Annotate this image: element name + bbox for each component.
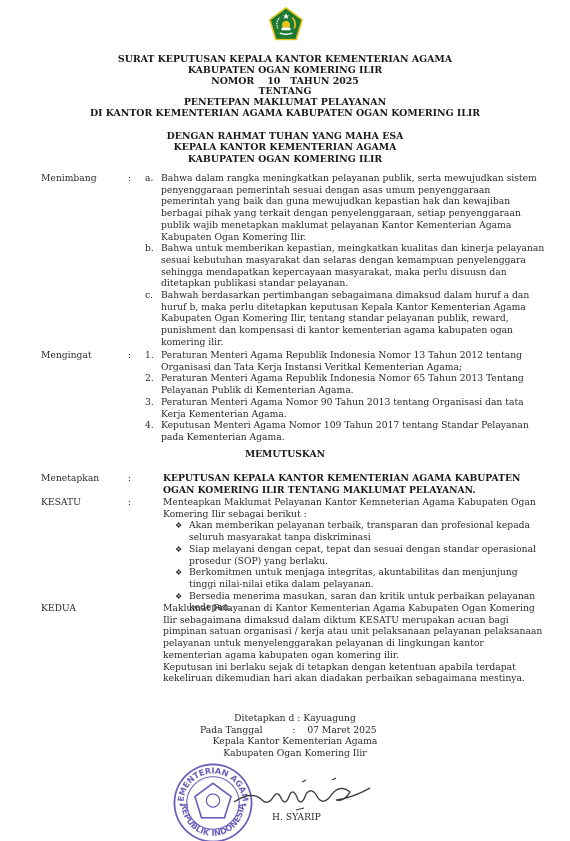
item-text: Peraturan Menteri Agama Nomor 90 Tahun 2… [161, 397, 524, 420]
memutuskan-heading: MEMUTUSKAN [0, 449, 570, 460]
item-text: Bahwa dalam rangka meningkatkan pelayana… [161, 173, 537, 243]
maklumat-bullet: ❖Akan memberikan pelayanan terbaik, tran… [175, 520, 543, 543]
mengingat-label: Mengingat [41, 350, 92, 362]
maklumat-bullet: ❖Berkomitmen untuk menjaga integritas, a… [175, 567, 543, 590]
date-of-issue: Pada Tanggal : 07 Maret 2025 [195, 725, 395, 737]
mengingat-item: 3.Peraturan Menteri Agama Nomor 90 Tahun… [145, 397, 545, 420]
kedua-label: KEDUA [41, 603, 76, 615]
item-text: Keputusan Menteri Agama Nomor 109 Tahun … [161, 420, 529, 443]
item-marker: 1. [145, 350, 154, 362]
diamond-bullet-icon: ❖ [175, 567, 182, 579]
item-marker: 2. [145, 373, 154, 385]
kedua-paragraph-1: Maklumat Pelayanan di Kantor Kementerian… [163, 603, 543, 662]
menimbang-item: a.Bahwa dalam rangka meningkatkan pelaya… [145, 173, 545, 243]
mengingat-item: 1.Peraturan Menteri Agama Republik Indon… [145, 350, 545, 373]
kedua-paragraph-2: Keputusan ini berlaku sejak di tetapkan … [163, 662, 543, 685]
mengingat-item: 4.Keputusan Menteri Agama Nomor 109 Tahu… [145, 420, 545, 443]
decree-title: SURAT KEPUTUSAN KEPALA KANTOR KEMENTERIA… [0, 55, 570, 120]
title-subject-2: DI KANTOR KEMENTERIAN AGAMA KABUPATEN OG… [0, 109, 570, 120]
date-value: 07 Maret 2025 [307, 725, 376, 736]
kedua-body: Maklumat Pelayanan di Kantor Kementerian… [163, 603, 543, 685]
signature-block: Ditetapkan d : Kayuagung Pada Tanggal : … [195, 713, 395, 759]
bullet-text: Akan memberikan pelayanan terbaik, trans… [189, 520, 530, 543]
maklumat-bullet: ❖Siap melayani dengan cepat, tepat dan s… [175, 544, 543, 567]
item-marker: b. [145, 243, 154, 255]
diamond-bullet-icon: ❖ [175, 591, 182, 603]
item-marker: a. [145, 173, 153, 185]
kesatu-colon: : [128, 497, 131, 509]
menimbang-label: Menimbang [41, 173, 97, 185]
item-marker: c. [145, 290, 153, 302]
preamble-line-1: DENGAN RAHMAT TUHAN YANG MAHA ESA [0, 131, 570, 142]
date-label: Pada Tanggal [200, 725, 263, 736]
svg-text:★: ★ [179, 801, 184, 808]
item-text: Peraturan Menteri Agama Republik Indones… [161, 373, 524, 396]
diamond-bullet-icon: ❖ [175, 544, 182, 556]
preamble-line-3: KABUPATEN OGAN KOMERING ILIR [0, 154, 570, 165]
menetapkan-label: Menetapkan [41, 473, 99, 485]
item-text: Peraturan Menteri Agama Republik Indones… [161, 350, 522, 373]
menimbang-list: a.Bahwa dalam rangka meningkatkan pelaya… [145, 173, 545, 349]
kementerian-agama-logo-icon [268, 6, 304, 42]
signer-name: H. SYARIP [272, 812, 321, 823]
title-line-2: KABUPATEN OGAN KOMERING ILIR [0, 66, 570, 77]
menetapkan-colon: : [128, 473, 131, 485]
preamble-line-2: KEPALA KANTOR KEMENTERIAN AGAMA [0, 142, 570, 153]
bullet-text: Siap melayani dengan cepat, tepat dan se… [189, 544, 536, 567]
item-text: Bahwah berdasarkan pertimbangan sebagaim… [161, 290, 529, 348]
handwritten-signature-icon [232, 776, 382, 816]
item-marker: 3. [145, 397, 154, 409]
kesatu-bullets: ❖Akan memberikan pelayanan terbaik, tran… [175, 520, 543, 614]
bullet-text: Berkomitmen untuk menjaga integritas, ak… [189, 567, 518, 590]
kesatu-label: KESATU [41, 497, 81, 509]
preamble: DENGAN RAHMAT TUHAN YANG MAHA ESA KEPALA… [0, 131, 570, 165]
item-text: Bahwa untuk memberikan kepastian, meingk… [161, 243, 544, 289]
menimbang-colon: : [128, 173, 131, 185]
signer-office-2: Kabupaten Ogan Komering Ilir [195, 748, 395, 760]
menimbang-item: b.Bahwa untuk memberikan kepastian, mein… [145, 243, 545, 290]
diamond-bullet-icon: ❖ [175, 520, 182, 532]
mengingat-list: 1.Peraturan Menteri Agama Republik Indon… [145, 350, 545, 444]
signer-office-1: Kepala Kantor Kementerian Agama [195, 736, 395, 748]
mengingat-colon: : [128, 350, 131, 362]
menetapkan-text: KEPUTUSAN KEPALA KANTOR KEMENTERIAN AGAM… [163, 473, 543, 496]
place-of-issue: Ditetapkan d : Kayuagung [195, 713, 395, 725]
mengingat-item: 2.Peraturan Menteri Agama Republik Indon… [145, 373, 545, 396]
item-marker: 4. [145, 420, 154, 432]
kesatu-intro: Menteapkan Maklumat Pelayanan Kantor Kem… [163, 497, 543, 520]
kesatu-body: Menteapkan Maklumat Pelayanan Kantor Kem… [163, 497, 543, 614]
date-colon: : [292, 725, 295, 736]
menimbang-item: c.Bahwah berdasarkan pertimbangan sebaga… [145, 290, 545, 349]
